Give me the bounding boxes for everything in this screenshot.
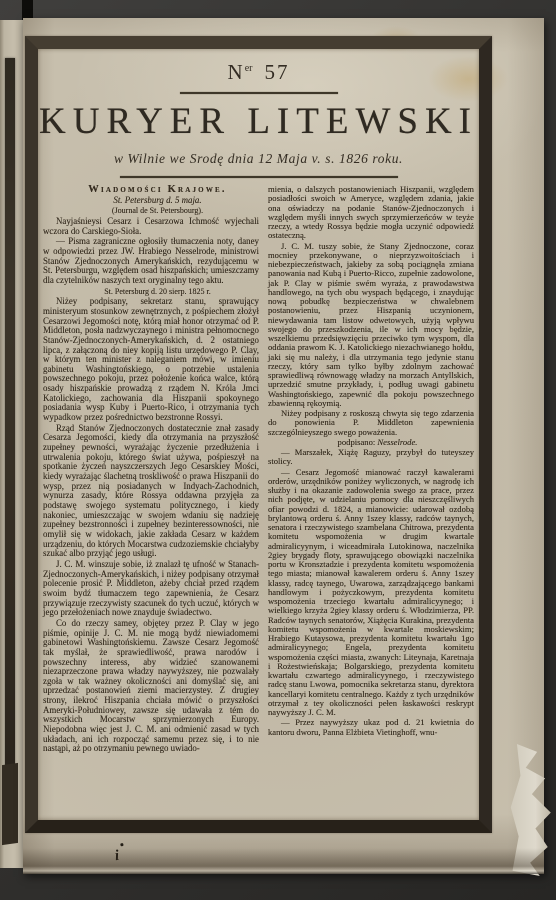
adjacent-page-frame-corner xyxy=(2,763,18,845)
adjacent-page-sliver xyxy=(0,20,23,868)
issue-superscript: er xyxy=(245,63,253,74)
article-columns: Wiadomości Krajowe. St. Petersburg d. 5 … xyxy=(38,178,479,773)
paragraph: J. C. M. tuszy sobie, że Stany Zjednoczo… xyxy=(268,242,474,409)
paragraph: Co do rzeczy samey, objętey przez P. Cla… xyxy=(43,619,259,754)
article-dateline: St. Petersburg d. 5 maja. xyxy=(43,196,259,206)
issue-number: Ner57 xyxy=(38,60,479,85)
section-heading: Wiadomości Krajowe. xyxy=(43,185,259,195)
issue-prefix: N xyxy=(228,60,245,84)
masthead-dateline: w Wilnie we Srodę dnia 12 Maja v. s. 182… xyxy=(38,151,479,167)
left-column: Wiadomości Krajowe. St. Petersburg d. 5 … xyxy=(43,185,259,773)
signature-line: podpisano: Nesselrode. xyxy=(268,438,474,447)
paragraph: Rząd Stanów Zjednoczonych dostatecznie z… xyxy=(43,424,259,559)
masthead: Ner57 KURYER LITEWSKI w Wilnie we Srodę … xyxy=(38,49,479,178)
paragraph: Niżey podpisany z roskoszą chwyta się te… xyxy=(268,409,474,437)
newspaper-page: Ner57 KURYER LITEWSKI w Wilnie we Srodę … xyxy=(23,18,544,874)
article-source: (Journal de St. Petersbourg). xyxy=(43,206,259,216)
printed-border-frame: Ner57 KURYER LITEWSKI w Wilnie we Srodę … xyxy=(25,36,492,833)
paragraph: J. C. M. winszuje sobie, iż znalazł tę u… xyxy=(43,560,259,618)
paragraph: — Przez naywyższy ukaz pod d. 21 kwietni… xyxy=(268,718,474,737)
paragraph: Nayjaśnieysi Cesarz i Cesarzowa Ichmość … xyxy=(43,217,259,236)
paragraph: — Marszałek, Xiążę Raguzy, przybył do tu… xyxy=(268,448,474,467)
newspaper-title: KURYER LITEWSKI xyxy=(38,100,479,143)
masthead-rule-top xyxy=(180,92,338,94)
paragraph: Niżey podpisany, sekretarz stanu, sprawu… xyxy=(43,297,259,423)
paragraph: — Pisma zagraniczne ogłosiły tłumaczenia… xyxy=(43,237,259,285)
issue-value: 57 xyxy=(264,60,289,84)
paper-bottom-fold xyxy=(23,848,544,874)
paragraph-continuation: mienia, o dalszych postanowieniach Hiszp… xyxy=(268,185,474,241)
signature-label: podpisano: xyxy=(338,437,376,447)
page-gap-notch xyxy=(22,0,33,20)
adjacent-page-frame-fragment xyxy=(5,58,15,830)
right-column: mienia, o dalszych postanowieniach Hiszp… xyxy=(268,185,474,773)
signature-name: Nesselrode. xyxy=(377,437,417,447)
paragraph: — Cesarz Jegomość mianować raczył kawale… xyxy=(268,468,474,718)
document-dateline: St. Petersburg d. 20 sierp. 1825 r. xyxy=(43,287,259,297)
